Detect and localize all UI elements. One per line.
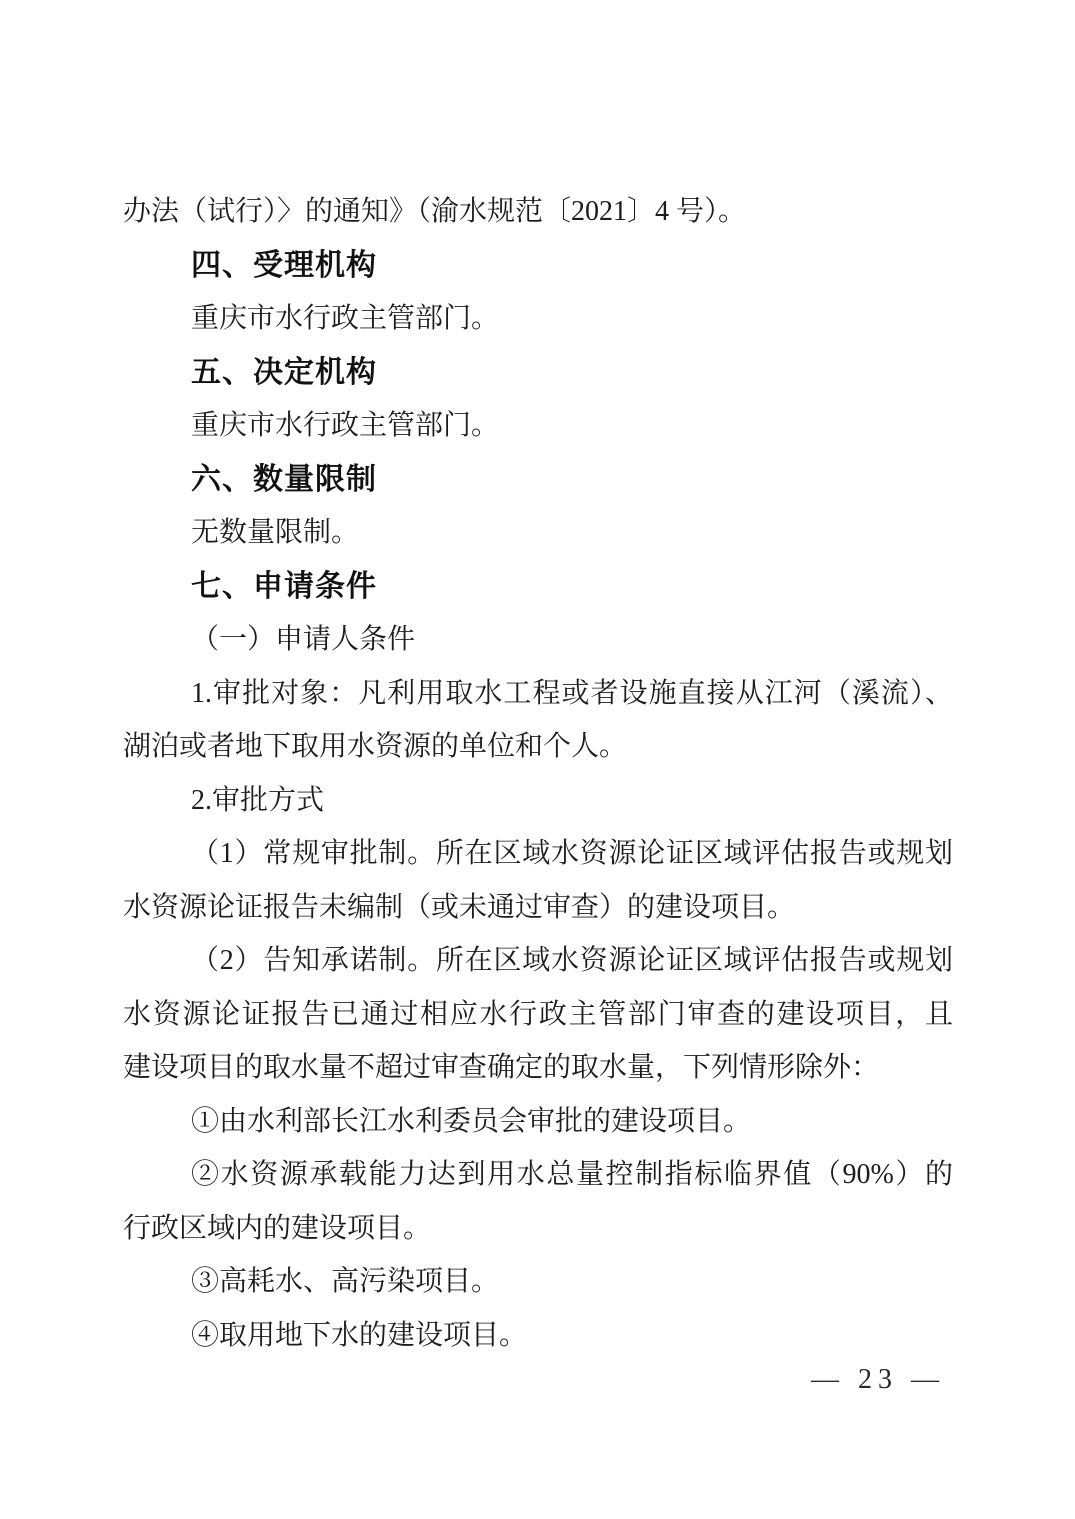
document-body: 办法（试行）〉的通知》（渝水规范〔2021〕4 号）。 四、受理机构 重庆市水行…: [123, 185, 953, 1362]
page-number: — 23 —: [811, 1360, 945, 1400]
document-page: 办法（试行）〉的通知》（渝水规范〔2021〕4 号）。 四、受理机构 重庆市水行…: [0, 0, 1075, 1519]
document-line: （2）告知承诺制。所在区域水资源论证区域评估报告或规划: [123, 934, 953, 988]
document-line: 无数量限制。: [123, 506, 953, 560]
document-line: ③高耗水、高污染项目。: [123, 1255, 953, 1309]
section-heading-deciding: 五、决定机构: [123, 346, 953, 400]
document-line: 重庆市水行政主管部门。: [123, 292, 953, 346]
section-heading-accepting: 四、受理机构: [123, 239, 953, 293]
document-line: （1）常规审批制。所在区域水资源论证区域评估报告或规划: [123, 827, 953, 881]
document-line: 水资源论证报告未编制（或未通过审查）的建设项目。: [123, 881, 953, 935]
document-line: 行政区域内的建设项目。: [123, 1202, 953, 1256]
document-line: （一）申请人条件: [123, 613, 953, 667]
document-line: ①由水利部长江水利委员会审批的建设项目。: [123, 1095, 953, 1149]
document-line: 1.审批对象：凡利用取水工程或者设施直接从江河（溪流）、: [123, 667, 953, 721]
section-heading-conditions: 七、申请条件: [123, 560, 953, 614]
document-line: 2.审批方式: [123, 774, 953, 828]
document-line: 水资源论证报告已通过相应水行政主管部门审查的建设项目，且: [123, 988, 953, 1042]
section-heading-quantity: 六、数量限制: [123, 453, 953, 507]
document-line: 湖泊或者地下取用水资源的单位和个人。: [123, 720, 953, 774]
document-line: 重庆市水行政主管部门。: [123, 399, 953, 453]
document-line: ④取用地下水的建设项目。: [123, 1309, 953, 1363]
document-line: 办法（试行）〉的通知》（渝水规范〔2021〕4 号）。: [123, 185, 953, 239]
document-line: 建设项目的取水量不超过审查确定的取水量，下列情形除外：: [123, 1041, 953, 1095]
document-line: ②水资源承载能力达到用水总量控制指标临界值（90%）的: [123, 1148, 953, 1202]
